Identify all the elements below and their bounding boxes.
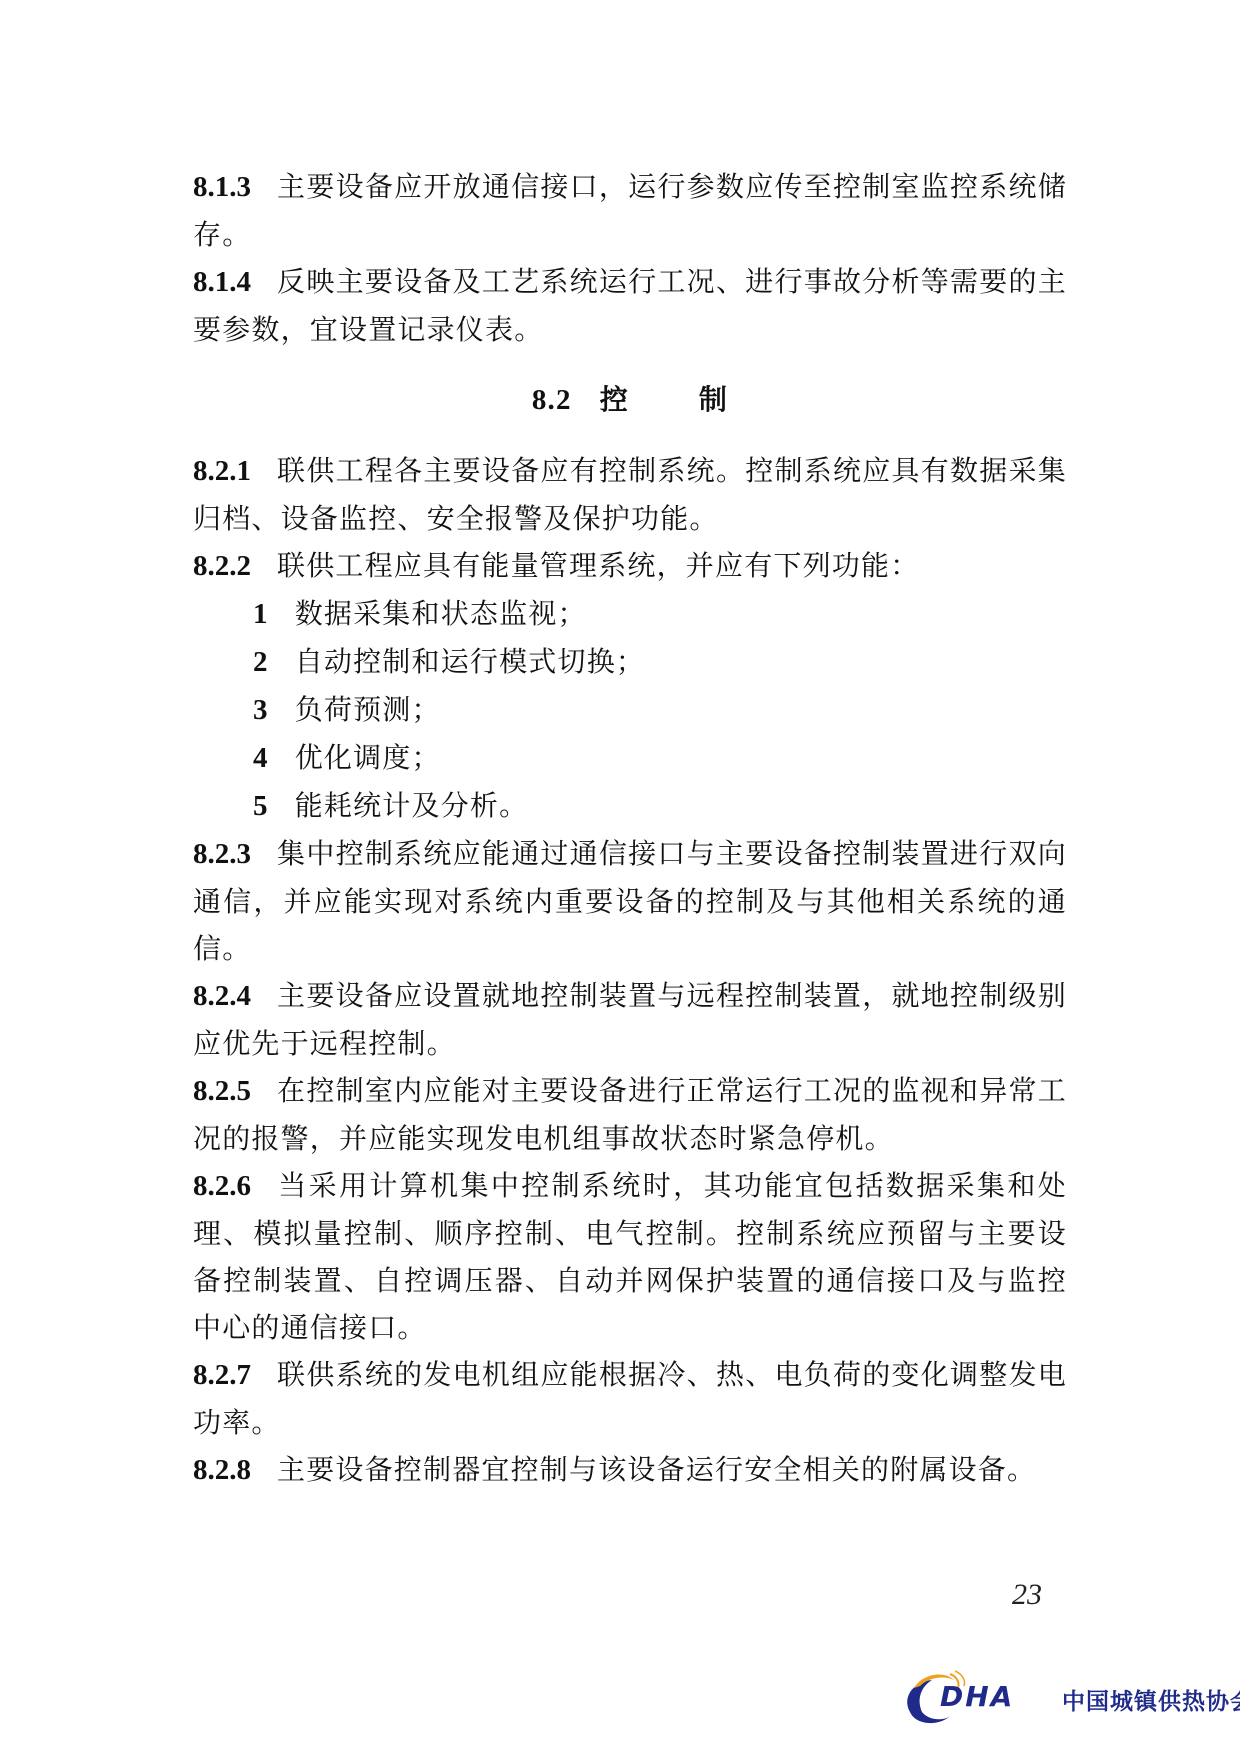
clause-number: 8.2.1 bbox=[193, 455, 251, 487]
clause-text: 主要设备控制器宜控制与该设备运行安全相关的附属设备。 bbox=[277, 1453, 1036, 1486]
clause-8-1-3: 8.1.3主要设备应开放通信接口，运行参数应传至控制室监控系统储存。 bbox=[193, 163, 1067, 258]
document-page: 8.1.3主要设备应开放通信接口，运行参数应传至控制室监控系统储存。 8.1.4… bbox=[0, 0, 1240, 1754]
body-text: 8.1.3主要设备应开放通信接口，运行参数应传至控制室监控系统储存。 8.1.4… bbox=[193, 163, 1067, 1494]
clause-text: 反映主要设备及工艺系统运行工况、进行事故分析等需要的主要参数，宜设置记录仪表。 bbox=[193, 265, 1067, 346]
list-item: 3负荷预测； bbox=[193, 686, 1067, 734]
section-heading: 8.2控制 bbox=[193, 353, 1067, 447]
logo-organization-name: 中国城镇供热协会 bbox=[1062, 1683, 1240, 1716]
logo-abbreviation: DHA bbox=[940, 1680, 1014, 1713]
clause-number: 8.2.3 bbox=[193, 838, 251, 870]
clause-text: 联供工程各主要设备应有控制系统。控制系统应具有数据采集归档、设备监控、安全报警及… bbox=[193, 454, 1067, 535]
clause-text: 在控制室内应能对主要设备进行正常运行工况的监视和异常工况的报警，并应能实现发电机… bbox=[193, 1074, 1067, 1155]
list-item-text: 负荷预测； bbox=[295, 693, 441, 726]
clause-number: 8.2.2 bbox=[193, 550, 251, 582]
clause-text: 主要设备应设置就地控制装置与远程控制装置，就地控制级别应优先于远程控制。 bbox=[193, 979, 1067, 1060]
list-item-number: 3 bbox=[253, 694, 269, 726]
clause-number: 8.2.6 bbox=[193, 1170, 251, 1202]
clause-number: 8.2.8 bbox=[193, 1454, 251, 1486]
clause-number: 8.1.3 bbox=[193, 171, 251, 203]
clause-text: 当采用计算机集中控制系统时，其功能宜包括数据采集和处理、模拟量控制、顺序控制、电… bbox=[193, 1169, 1067, 1344]
clause-8-2-2: 8.2.2联供工程应具有能量管理系统，并应有下列功能： bbox=[193, 542, 1067, 590]
clause-number: 8.2.5 bbox=[193, 1075, 251, 1107]
section-title-char: 制 bbox=[699, 383, 728, 416]
list-item: 1数据采集和状态监视； bbox=[193, 590, 1067, 638]
cdha-logo: DHA 中国城镇供热协会 bbox=[900, 1668, 1230, 1728]
list-item: 5能耗统计及分析。 bbox=[193, 782, 1067, 830]
clause-8-2-1: 8.2.1联供工程各主要设备应有控制系统。控制系统应具有数据采集归档、设备监控、… bbox=[193, 447, 1067, 542]
clause-number: 8.2.4 bbox=[193, 980, 251, 1012]
list-item: 4优化调度； bbox=[193, 734, 1067, 782]
clause-8-2-8: 8.2.8主要设备控制器宜控制与该设备运行安全相关的附属设备。 bbox=[193, 1446, 1067, 1494]
list-item-text: 数据采集和状态监视； bbox=[295, 597, 587, 630]
clause-text: 集中控制系统应能通过通信接口与主要设备控制装置进行双向通信，并应能实现对系统内重… bbox=[193, 837, 1067, 965]
clause-text: 联供系统的发电机组应能根据冷、热、电负荷的变化调整发电功率。 bbox=[193, 1358, 1067, 1439]
list-item-number: 2 bbox=[253, 646, 269, 678]
list-item-text: 优化调度； bbox=[295, 741, 441, 774]
list-item: 2自动控制和运行模式切换； bbox=[193, 638, 1067, 686]
list-item-number: 4 bbox=[253, 742, 269, 774]
list-item-number: 5 bbox=[253, 790, 269, 822]
clause-text: 主要设备应开放通信接口，运行参数应传至控制室监控系统储存。 bbox=[193, 170, 1067, 251]
section-number: 8.2 bbox=[532, 384, 572, 416]
clause-8-1-4: 8.1.4反映主要设备及工艺系统运行工况、进行事故分析等需要的主要参数，宜设置记… bbox=[193, 258, 1067, 353]
clause-8-2-6: 8.2.6当采用计算机集中控制系统时，其功能宜包括数据采集和处理、模拟量控制、顺… bbox=[193, 1162, 1067, 1351]
clause-text: 联供工程应具有能量管理系统，并应有下列功能： bbox=[277, 549, 919, 582]
clause-number: 8.2.7 bbox=[193, 1359, 251, 1391]
clause-number: 8.1.4 bbox=[193, 266, 251, 298]
list-item-text: 能耗统计及分析。 bbox=[295, 789, 529, 822]
clause-8-2-3: 8.2.3集中控制系统应能通过通信接口与主要设备控制装置进行双向通信，并应能实现… bbox=[193, 830, 1067, 972]
clause-8-2-4: 8.2.4主要设备应设置就地控制装置与远程控制装置，就地控制级别应优先于远程控制… bbox=[193, 972, 1067, 1067]
list-item-text: 自动控制和运行模式切换； bbox=[295, 645, 645, 678]
clause-8-2-7: 8.2.7联供系统的发电机组应能根据冷、热、电负荷的变化调整发电功率。 bbox=[193, 1351, 1067, 1446]
clause-8-2-5: 8.2.5在控制室内应能对主要设备进行正常运行工况的监视和异常工况的报警，并应能… bbox=[193, 1067, 1067, 1162]
section-title-char: 控 bbox=[600, 383, 629, 416]
list-item-number: 1 bbox=[253, 598, 269, 630]
page-number: 23 bbox=[1012, 1578, 1042, 1612]
